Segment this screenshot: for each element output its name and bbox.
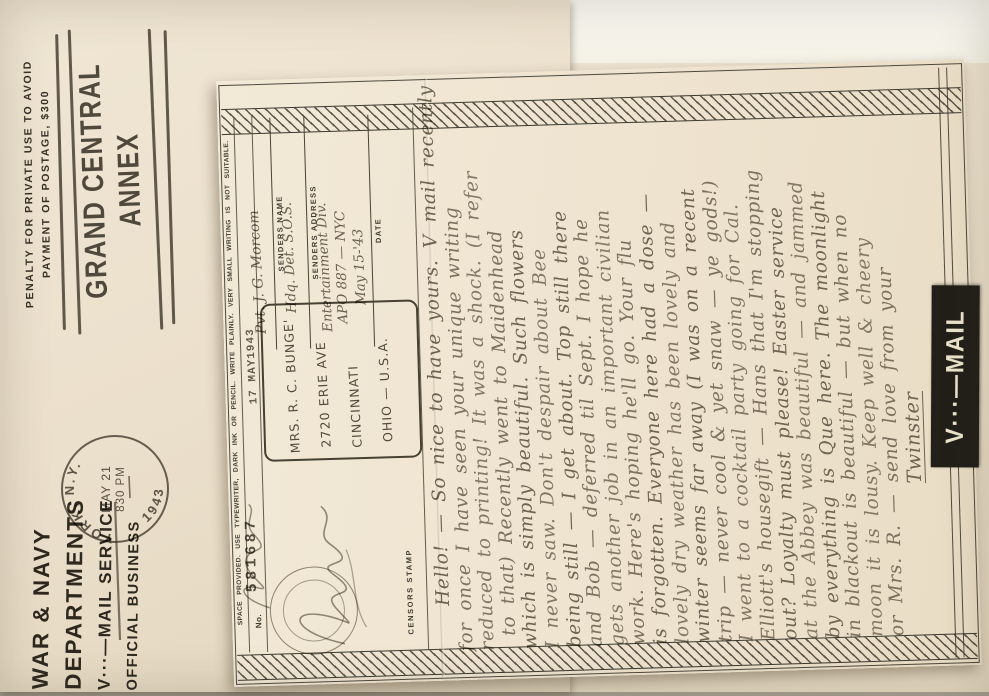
cancel-bar [164,30,175,324]
svg-text:1943: 1943 [139,486,167,525]
vmail-logo-text: V···—MAIL [940,309,970,443]
postmark-year: 1943 [139,486,167,525]
sender-address-value2: APO 887 — NYC [332,211,351,324]
postmark-date: MAY 21 [99,465,113,513]
vmail-logo-tag: V···—MAIL [931,285,980,467]
cancel-slogan-line2: ANNEX [109,54,152,306]
censor-signature [270,491,385,664]
postmark-icon: YORK, N.Y. MAY 21 830 PM 1943 [56,430,174,548]
postmark-time: 830 PM [115,466,127,512]
vmail-form: SPACE PROVIDED. USE TYPEWRITER, DARK INK… [216,59,982,687]
corner-card-line1: WAR & NAVY [24,463,60,689]
vmail-form-surface: SPACE PROVIDED. USE TYPEWRITER, DARK INK… [216,59,982,687]
scanner-background [556,0,989,63]
machine-cancellation: GRAND CENTRAL ANNEX [52,25,187,335]
letter-body: Hello! — So nice to have yours. V mail r… [415,75,931,652]
penalty-line1: PENALTY FOR PRIVATE USE TO AVOID [20,44,40,324]
postmark-stamp: YORK, N.Y. MAY 21 830 PM 1943 [56,430,174,548]
scanned-vmail-letter: PENALTY FOR PRIVATE USE TO AVOID PAYMENT… [0,0,989,696]
